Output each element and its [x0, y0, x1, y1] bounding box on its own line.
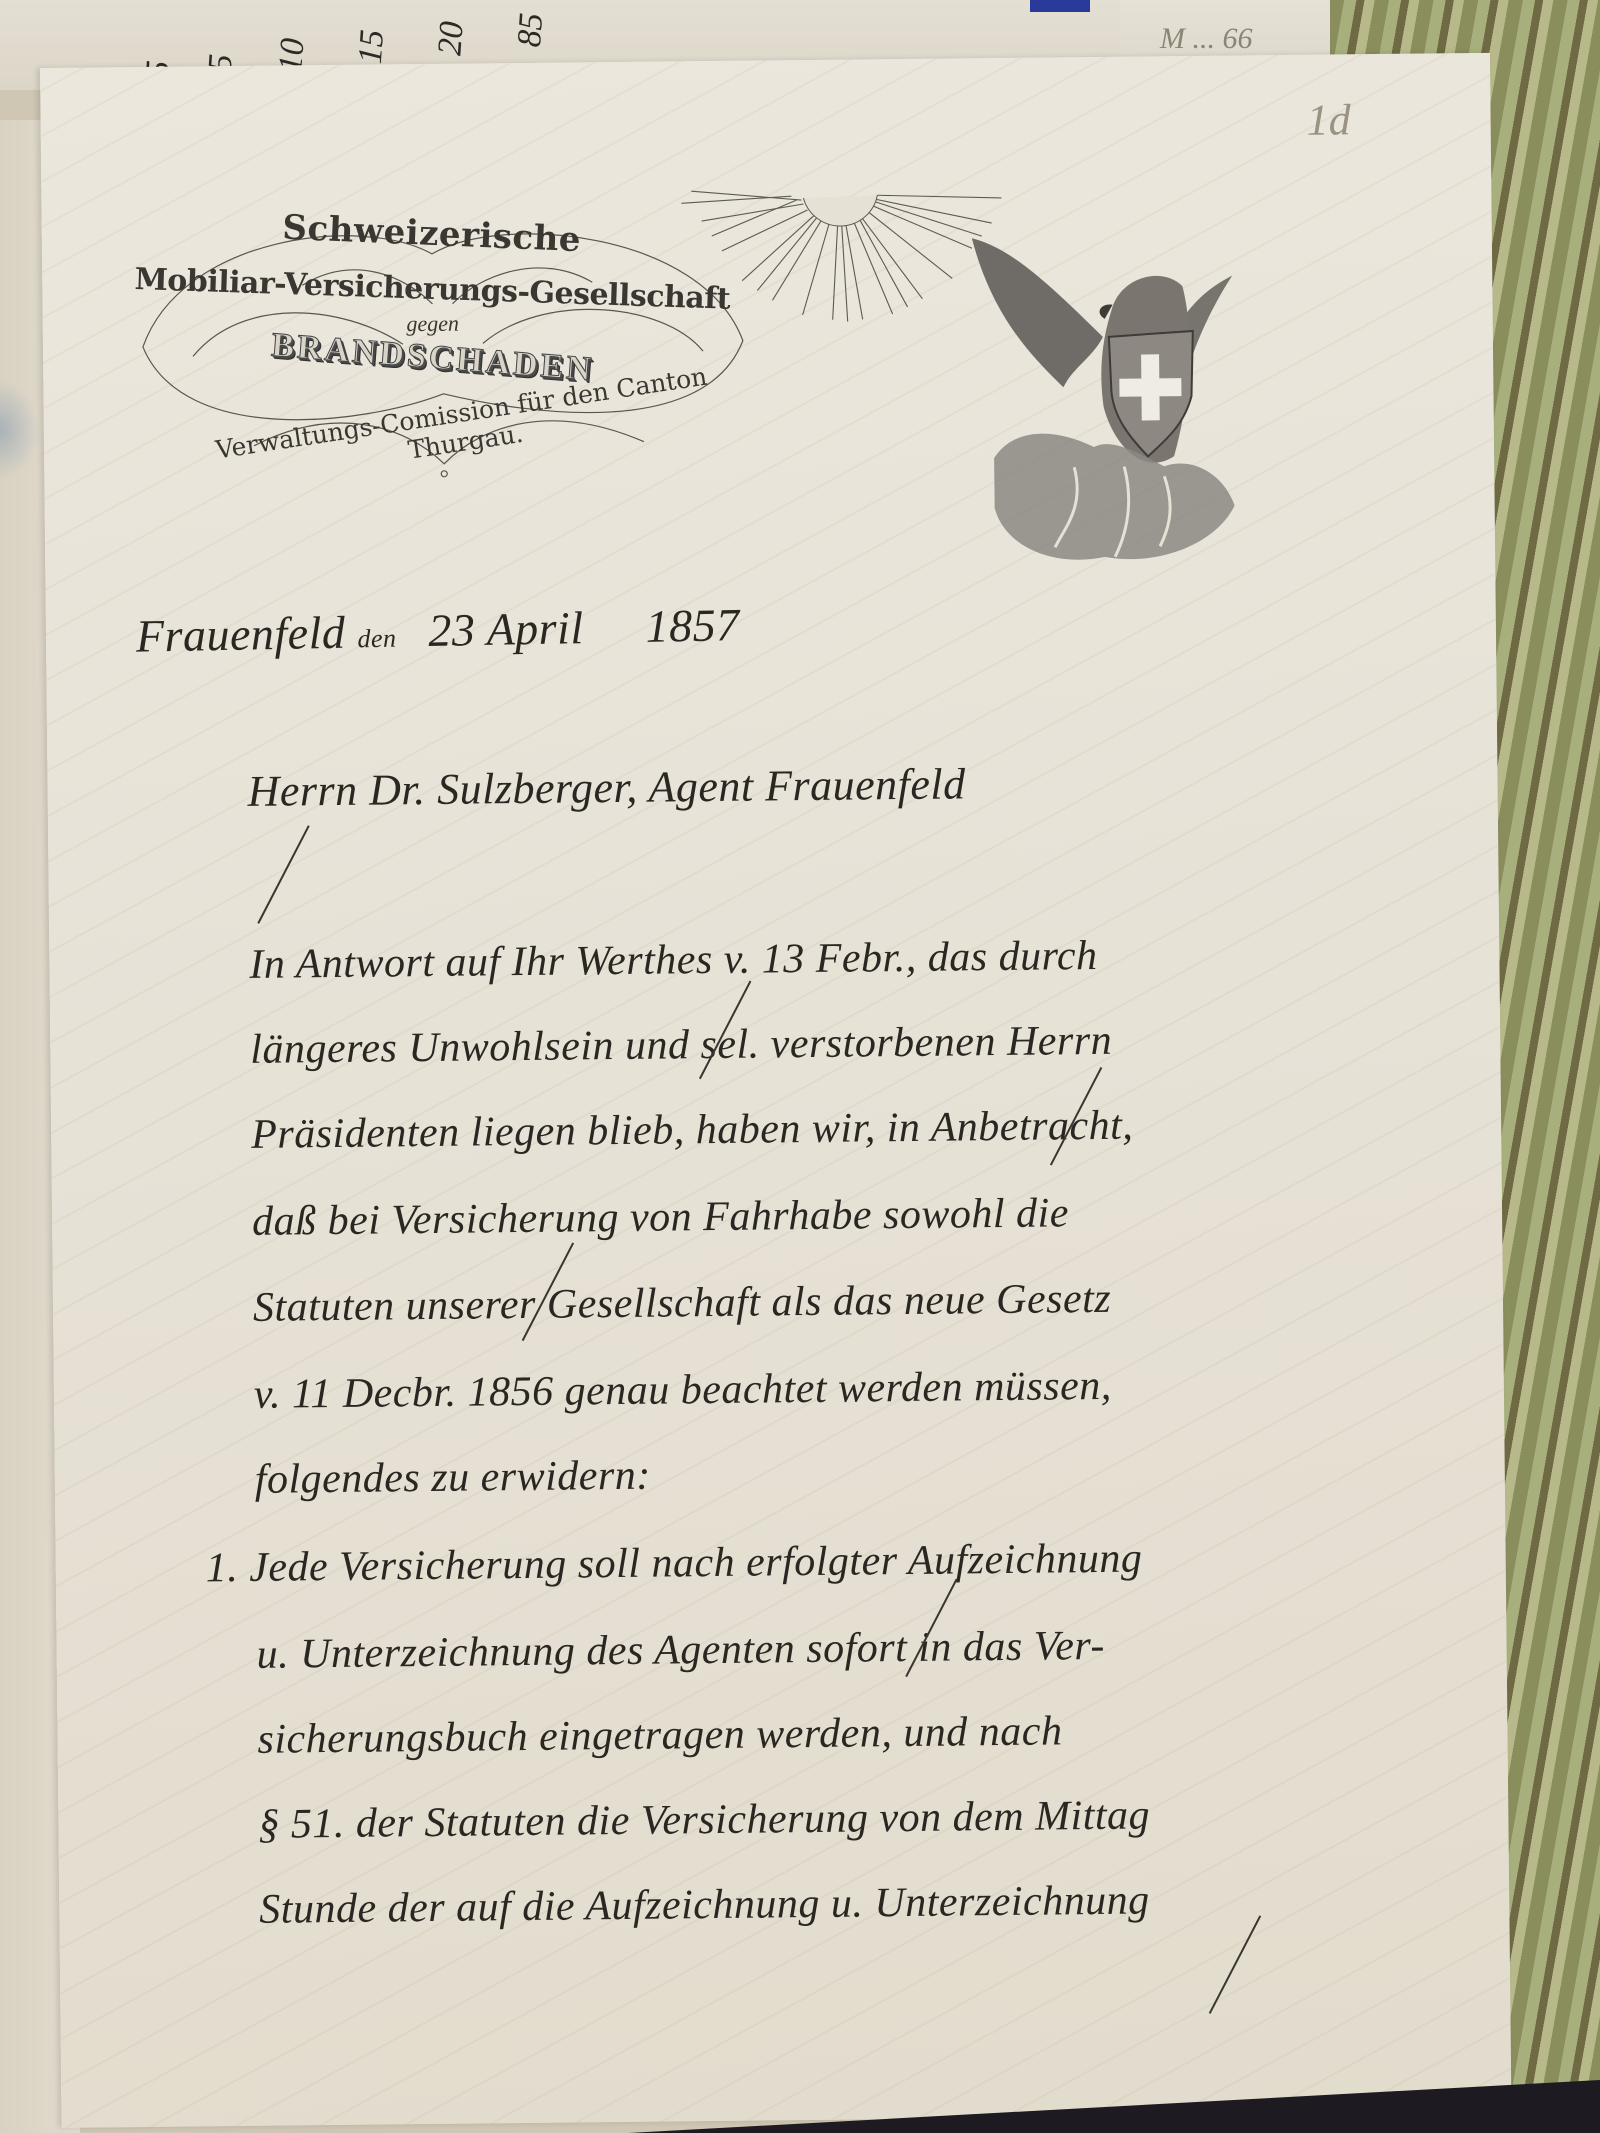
- body-line: § 51. der Statuten die Versicherung von …: [258, 1791, 1150, 1848]
- eagle-emblem-icon: [671, 126, 1236, 592]
- dateline-day-month: 23 April: [428, 602, 584, 656]
- body-line-numbered: 1. Jede Versicherung soll nach erfolgter…: [205, 1535, 1142, 1593]
- background-pencil-note: M ... 66: [1160, 22, 1253, 56]
- body-line: längeres Unwohlsein und sel. verstorbene…: [250, 1017, 1112, 1074]
- sheet-number: 15: [352, 29, 414, 67]
- dateline-year: 1857: [645, 599, 740, 652]
- body-line: Statuten unserer Gesellschaft als das ne…: [253, 1275, 1112, 1332]
- background-blue-tab: [1030, 0, 1090, 12]
- dateline-den: den: [357, 624, 397, 654]
- body-line: Stunde der auf die Aufzeichnung u. Unter…: [259, 1876, 1150, 1933]
- dateline-place: Frauenfeld: [135, 607, 345, 662]
- body-line: folgendes zu erwidern:: [255, 1452, 651, 1504]
- flames: [994, 432, 1235, 561]
- body-line: v. 11 Decbr. 1856 genau beachtet werden …: [254, 1362, 1112, 1419]
- body-line: In Antwort auf Ihr Werthes v. 13 Febr., …: [249, 932, 1098, 989]
- eagle-left-wing: [972, 237, 1104, 388]
- letterhead-company: Mobiliar-Versicherungs-Gesellschaft: [122, 262, 743, 318]
- recipient-line: Herrn Dr. Sulzberger, Agent Frauenfeld: [247, 758, 966, 817]
- swiss-cross-horizontal: [1119, 378, 1181, 397]
- letterhead-brandschaden: BRANDSCHADEN: [270, 327, 595, 390]
- letterhead: Schweizerische Mobiliar-Versicherungs-Ge…: [122, 211, 745, 464]
- body-line: sicherungsbuch eingetragen werden, und n…: [257, 1707, 1062, 1763]
- body-line: u. Unterzeichnung des Agenten sofort in …: [256, 1622, 1105, 1679]
- sheet-number: 85: [511, 12, 573, 50]
- body-line: Präsidenten liegen blieb, haben wir, in …: [251, 1102, 1134, 1159]
- sheet-number: 20: [431, 20, 493, 58]
- archive-number: 1d: [1306, 94, 1351, 145]
- letter-sheet: 1d Schweizerische Mobiliar-Versicherungs…: [40, 53, 1511, 2128]
- body-line: daß bei Versicherung von Fahrhabe sowohl…: [252, 1189, 1069, 1246]
- background-stain: [0, 380, 40, 480]
